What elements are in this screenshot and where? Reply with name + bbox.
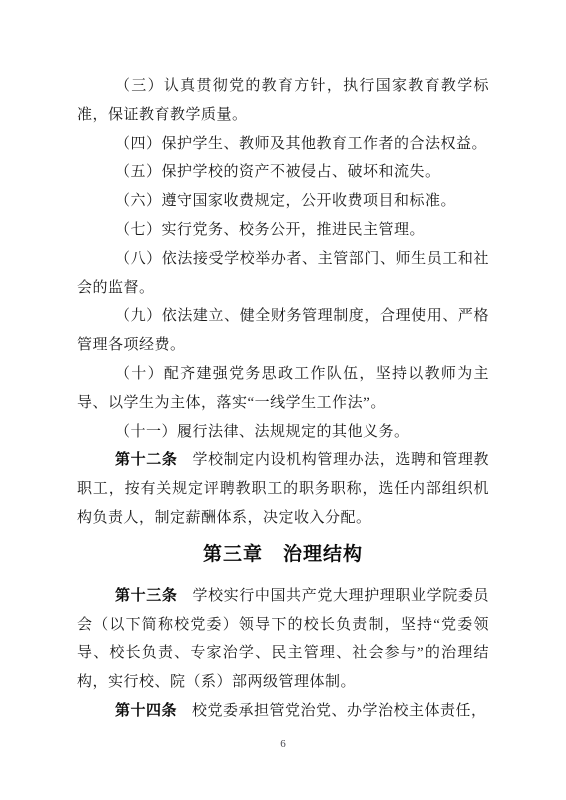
article-number: 第十三条 [115,587,177,604]
clause-paragraph-4: （四）保护学生、教师及其他教育工作者的合法权益。 [77,130,489,159]
article-number: 第十二条 [115,451,177,468]
clause-paragraph-6: （六）遵守国家收费规定，公开收费项目和标准。 [77,187,489,216]
clause-paragraph-7: （七）实行党务、校务公开，推进民主管理。 [77,216,489,245]
chapter-heading: 第三章 治理结构 [77,539,489,571]
article-paragraph-14: 第十四条校党委承担管党治党、办学治校主体责任， [77,697,489,726]
clause-text: （三）认真贯彻党的教育方针，执行国家教育教学标准，保证教育教学质量。 [77,78,489,123]
article-paragraph-13: 第十三条学校实行中国共产党大理护理职业学院委员会（以下简称校党委）领导下的校长负… [77,582,489,697]
clause-paragraph-9: （九）依法建立、健全财务管理制度，合理使用、严格管理各项经费。 [77,302,489,360]
clause-text: （五）保护学校的资产不被侵占、破坏和流失。 [115,164,441,180]
article-text: 校党委承担管党治党、办学治校主体责任， [192,703,487,719]
document-content: （三）认真贯彻党的教育方针，执行国家教育教学标准，保证教育教学质量。 （四）保护… [77,72,489,726]
clause-text: （六）遵守国家收费规定，公开收费项目和标准。 [115,193,456,209]
document-page: （三）认真贯彻党的教育方针，执行国家教育教学标准，保证教育教学质量。 （四）保护… [0,0,566,800]
clause-paragraph-3: （三）认真贯彻党的教育方针，执行国家教育教学标准，保证教育教学质量。 [77,72,489,130]
article-paragraph-12: 第十二条学校制定内设机构管理办法，选聘和管理教职工，按有关规定评聘教职工的职务职… [77,446,489,532]
clause-paragraph-8: （八）依法接受学校举办者、主管部门、师生员工和社会的监督。 [77,245,489,303]
article-number: 第十四条 [115,702,177,719]
clause-text: （八）依法接受学校举办者、主管部门、师生员工和社会的监督。 [77,251,489,296]
clause-text: （九）依法建立、健全财务管理制度，合理使用、严格管理各项经费。 [77,308,489,353]
page-number: 6 [0,737,566,751]
clause-paragraph-11: （十一）履行法律、法规规定的其他义务。 [77,418,489,447]
clause-text: （七）实行党务、校务公开，推进民主管理。 [115,222,425,238]
clause-text: （十）配齐建强党务思政工作队伍，坚持以教师为主导、以学生为主体，落实“一线学生工… [77,366,489,411]
clause-text: （四）保护学生、教师及其他教育工作者的合法权益。 [115,136,487,152]
clause-paragraph-10: （十）配齐建强党务思政工作队伍，坚持以教师为主导、以学生为主体，落实“一线学生工… [77,360,489,418]
clause-paragraph-5: （五）保护学校的资产不被侵占、破坏和流失。 [77,158,489,187]
clause-text: （十一）履行法律、法规规定的其他义务。 [115,424,410,440]
